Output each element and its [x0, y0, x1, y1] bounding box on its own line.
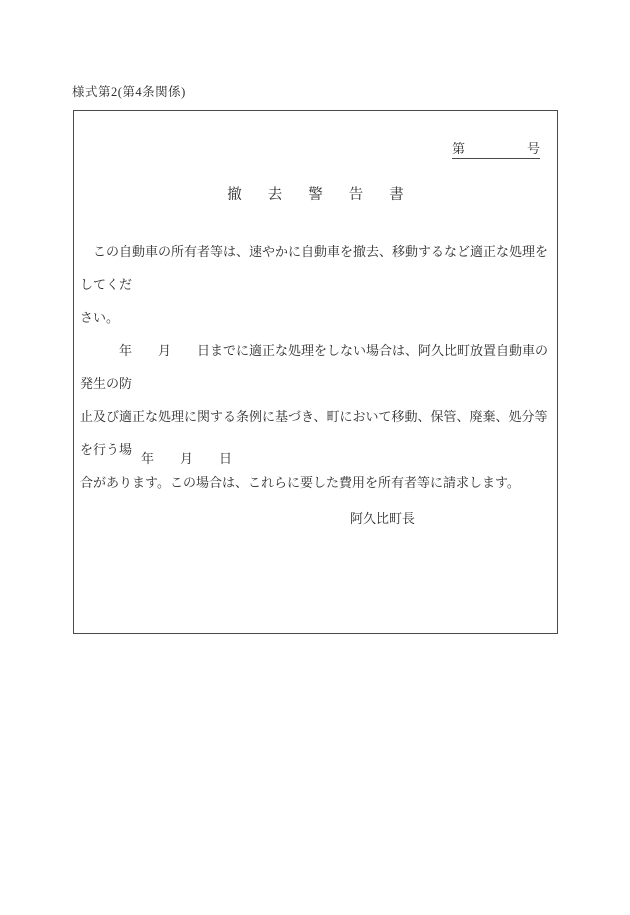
document-page: { "page": { "form_label": "様式第2(第4条関係)" … [0, 0, 630, 915]
document-number-line: 第 号 [452, 138, 540, 159]
date-line: 年 月 日 [80, 449, 232, 469]
body-paragraph-1: この自動車の所有者等は、速やかに自動車を撤去、移動するなど適正な処理をしてくだ … [80, 235, 551, 334]
body-paragraph-2: 年 月 日までに適正な処理をしない場合は、阿久比町放置自動車の発生の防 止及び適… [80, 334, 551, 499]
signature-line: 阿久比町長 [80, 509, 415, 529]
document-title-row: 撤去警告書 [74, 183, 557, 204]
document-border-box: 第 号 撤去警告書 この自動車の所有者等は、速やかに自動車を撤去、移動するなど適… [73, 110, 558, 634]
document-number-prefix: 第 [452, 138, 465, 157]
document-number-suffix: 号 [527, 138, 540, 157]
form-label: 様式第2(第4条関係) [72, 82, 186, 100]
document-number-blank: 第 号 [452, 138, 540, 159]
document-title: 撤去警告書 [227, 187, 430, 203]
